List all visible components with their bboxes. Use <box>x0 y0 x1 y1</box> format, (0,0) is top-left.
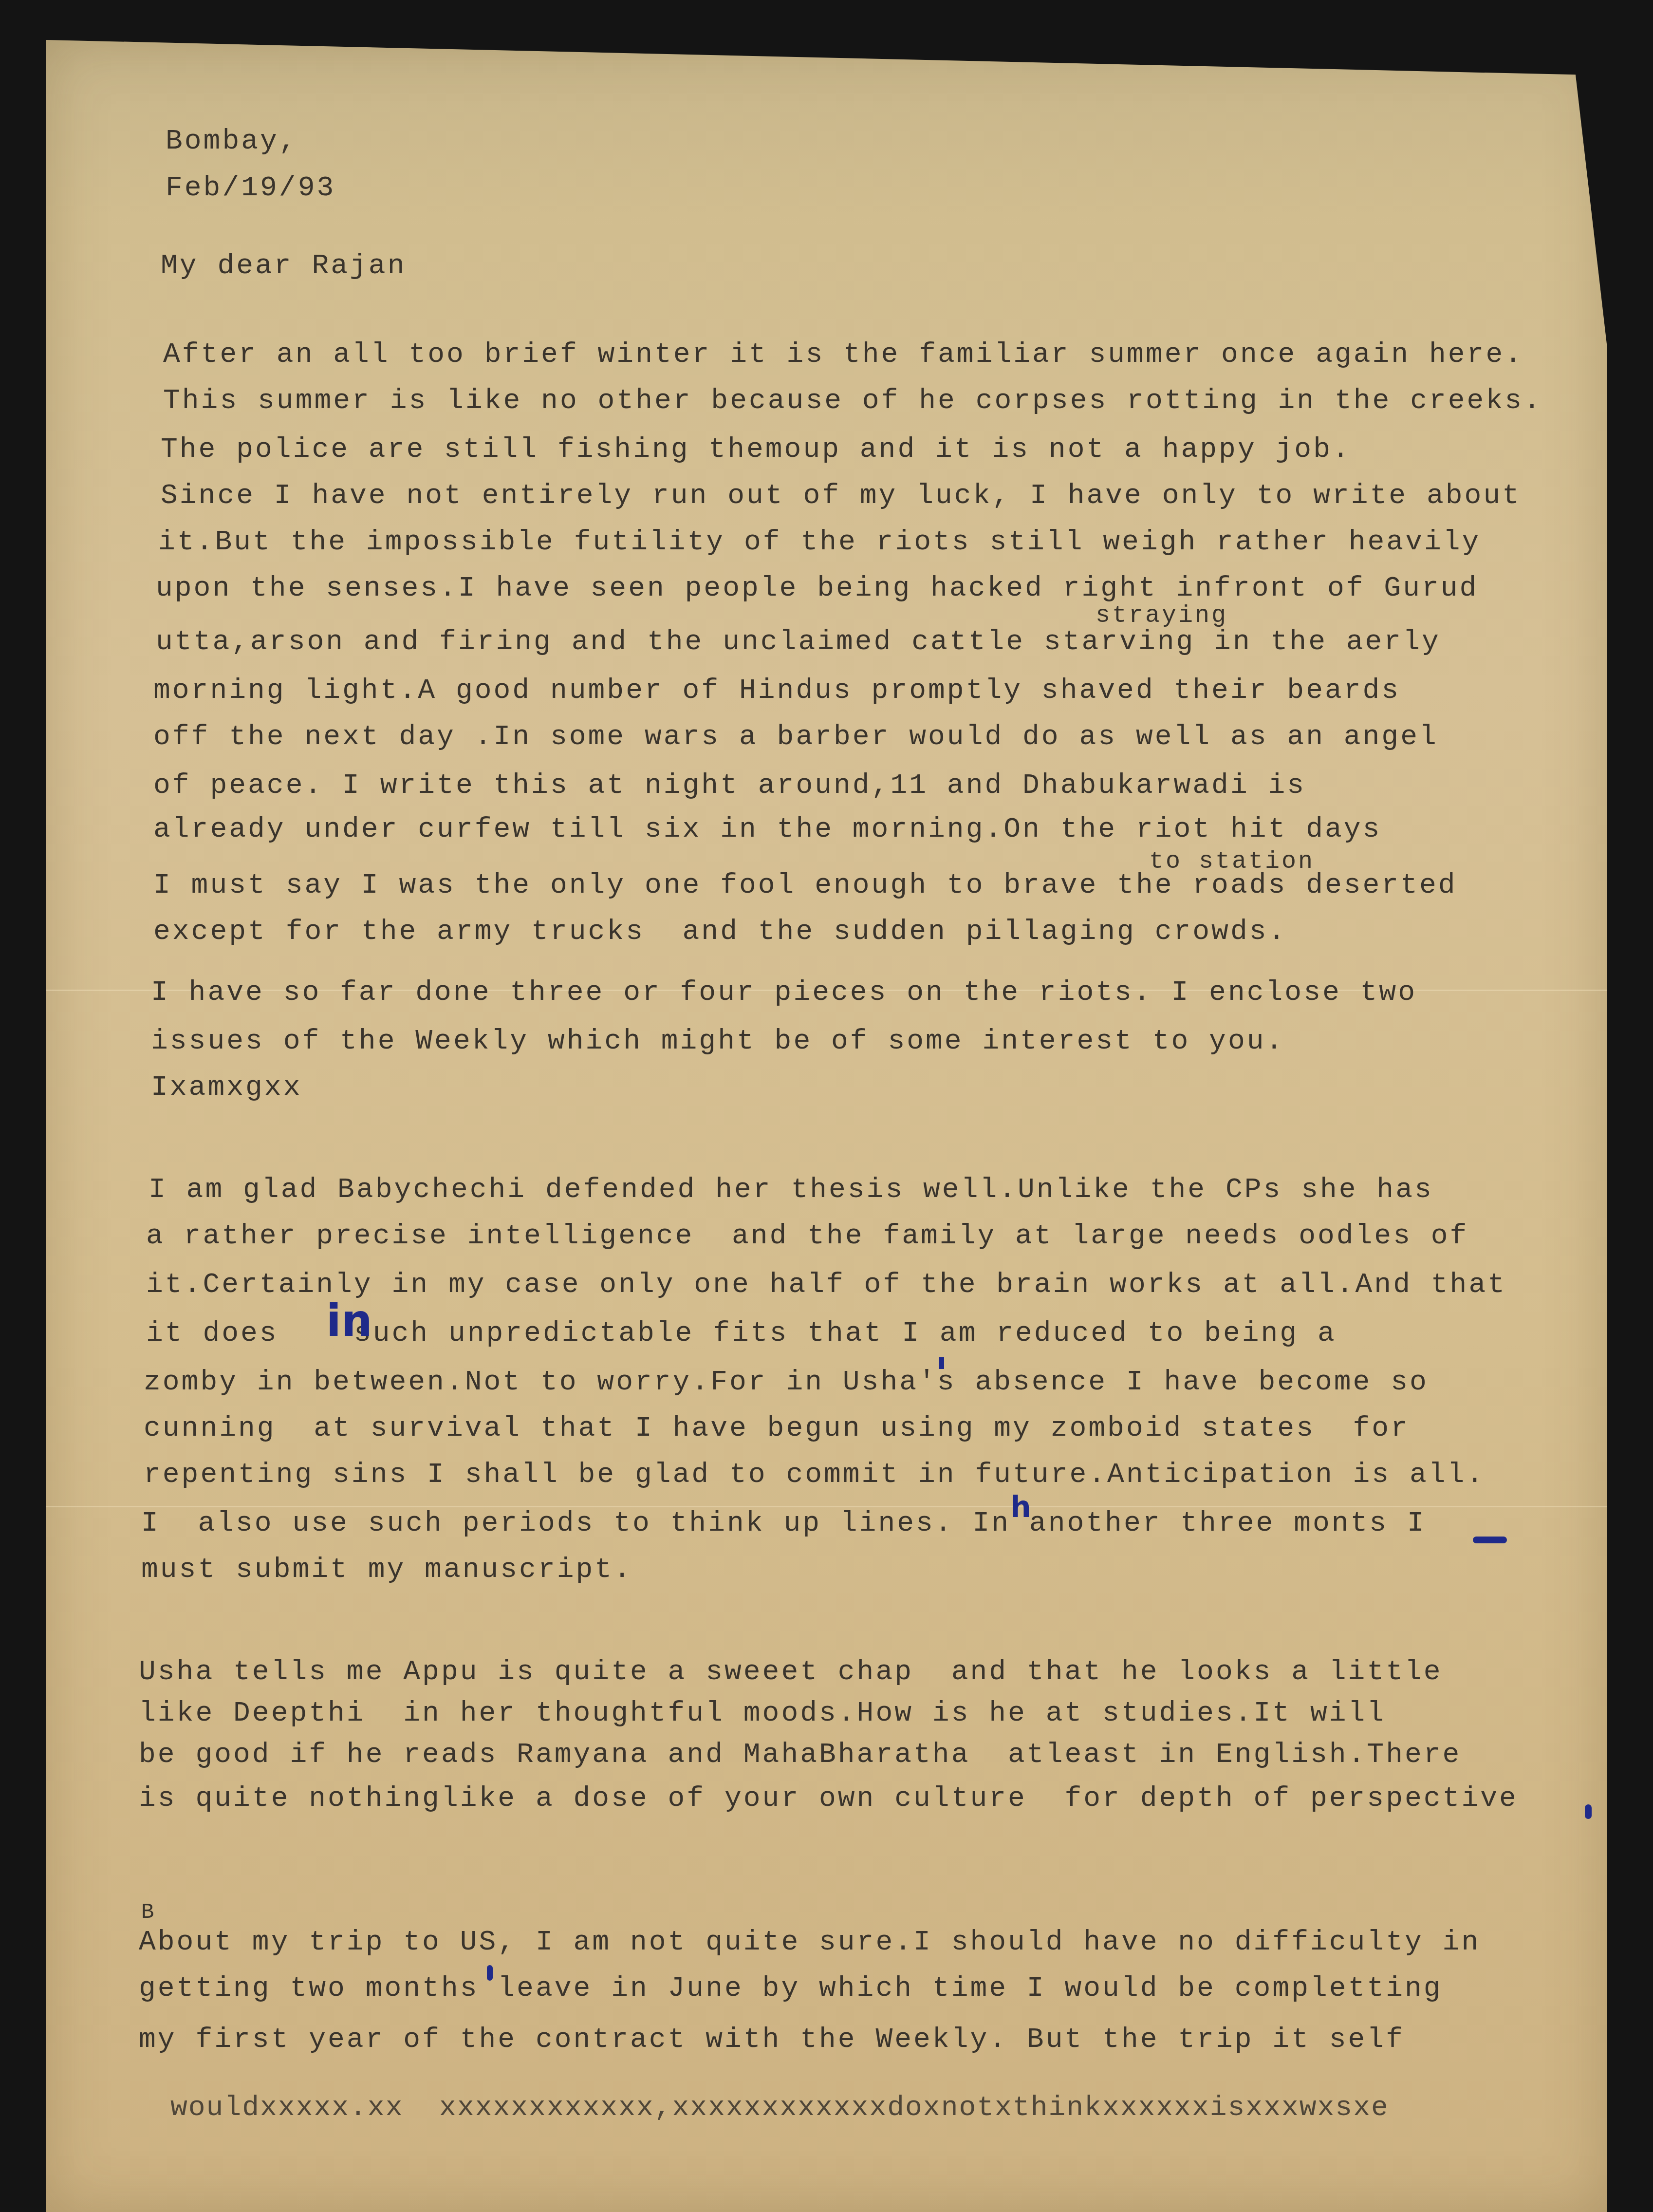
handwritten-in: in <box>326 1295 372 1347</box>
text-line: Usha tells me Appu is quite a sweeet cha… <box>139 1658 1443 1687</box>
handwritten-apostrophe: ' <box>935 1349 948 1400</box>
text-line: my first year of the contract with the W… <box>139 2026 1405 2054</box>
text-line: cunning at survival that I have begun us… <box>144 1415 1410 1443</box>
letter-salutation: My dear Rajan <box>161 252 406 281</box>
text-line: I have so far done three or four pieces … <box>151 979 1417 1007</box>
paper-crease <box>46 1506 1607 1507</box>
text-line: zomby in between.Not to worry.For in Ush… <box>144 1368 1429 1397</box>
text-line: I also use such periods to think up line… <box>141 1510 1426 1538</box>
letter-place: Bombay, <box>166 128 298 156</box>
overstrike-letter: B <box>141 1902 156 1923</box>
text-line: repenting sins I shall be glad to commit… <box>144 1461 1485 1489</box>
struck-out-text: wouldxxxxx.xx xxxxxxxxxxxx,xxxxxxxxxxxxd… <box>170 2094 1389 2122</box>
text-line: After an all too brief winter it is the … <box>163 341 1523 369</box>
ink-dash-mark <box>1473 1537 1507 1543</box>
text-line: is quite nothinglike a dose of your own … <box>139 1785 1518 1813</box>
text-line: of peace. I write this at night around,1… <box>153 772 1306 800</box>
text-line: upon the senses.I have seen people being… <box>156 575 1478 603</box>
ink-dot-mark <box>1585 1804 1592 1819</box>
handwritten-h: h <box>1010 1490 1031 1524</box>
text-line: The police are still fishing themoup and… <box>161 436 1351 464</box>
text-line: must submit my manuscript. <box>141 1556 632 1584</box>
text-line: except for the army trucks and the sudde… <box>153 918 1287 946</box>
struck-out-text: Ixamxgxx <box>151 1074 302 1102</box>
text-line: off the next day .In some wars a barber … <box>153 723 1438 751</box>
text-line: morning light.A good number of Hindus pr… <box>153 677 1400 705</box>
text-line: This summer is like no other because of … <box>163 387 1542 415</box>
insertion-straying: straying <box>1096 604 1228 628</box>
text-line: a rather precise intelligence and the fa… <box>146 1222 1468 1251</box>
text-line: it does such unpredictable fits that I a… <box>146 1320 1337 1348</box>
text-line: About my trip to US, I am not quite sure… <box>139 1929 1480 1957</box>
text-line: Since I have not entirely run out of my … <box>161 482 1521 510</box>
letter-date: Feb/19/93 <box>166 174 335 203</box>
text-line: already under curfew till six in the mor… <box>153 816 1381 844</box>
text-line: I am glad Babychechi defended her thesis… <box>149 1176 1433 1204</box>
text-line: I must say I was the only one fool enoug… <box>153 872 1457 900</box>
text-line: issues of the Weekly which might be of s… <box>151 1028 1284 1056</box>
text-line: be good if he reads Ramyana and MahaBhar… <box>139 1741 1461 1769</box>
text-line: it.But the impossible futility of the ri… <box>158 528 1481 557</box>
text-line: getting two months leave in June by whic… <box>139 1975 1443 2003</box>
text-line: utta,arson and firing and the unclaimed … <box>156 628 1441 656</box>
text-line: like Deepthi in her thoughtful moods.How… <box>139 1700 1386 1728</box>
